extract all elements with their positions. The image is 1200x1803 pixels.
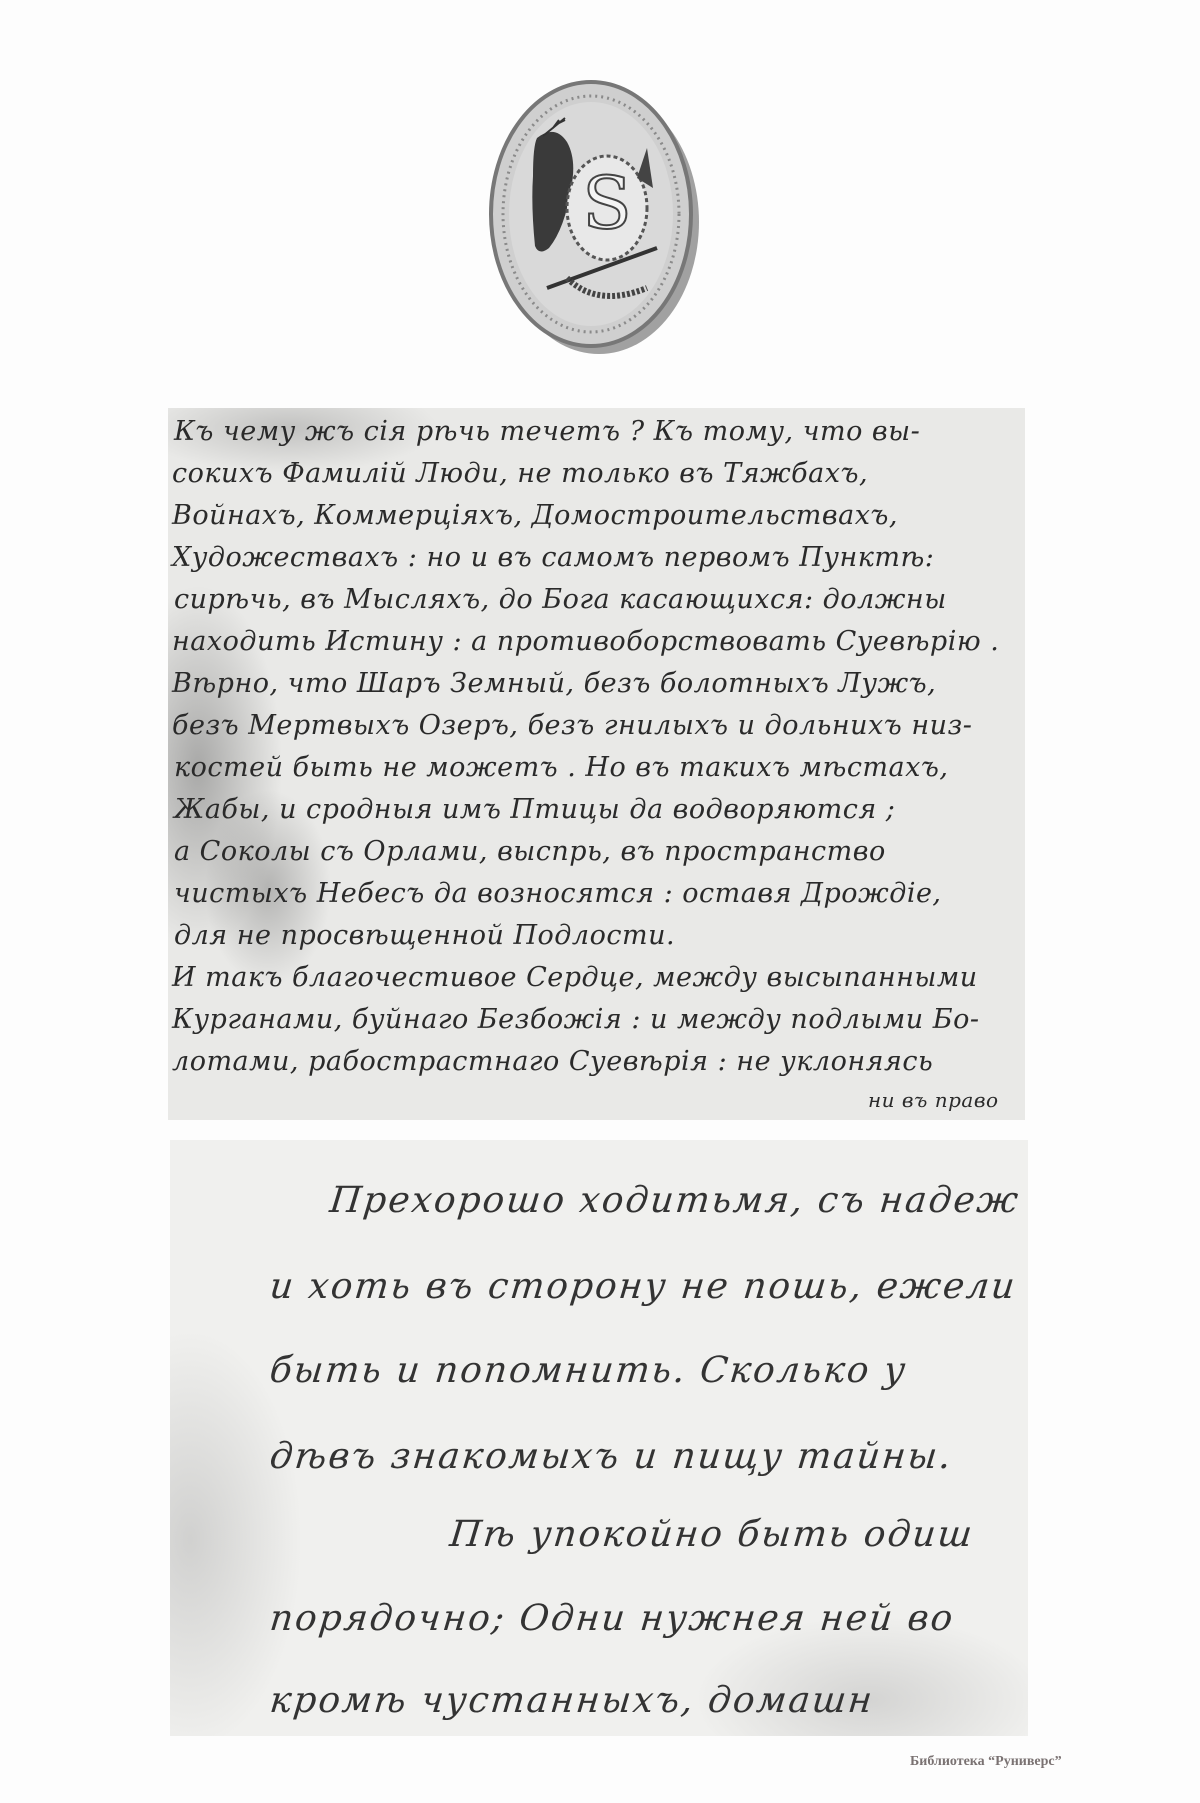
manuscript-line: и хоть въ сторону не пошь, ежели [268,1266,1019,1307]
manuscript-line-catchword: ни въ право [868,1088,999,1112]
manuscript-line: Прехорошо ходитьмя, съ надеж [328,1180,1022,1221]
seal-monogram: S [582,161,631,245]
library-credit: Библиотека “Руниверс” [910,1754,1062,1770]
manuscript-page-bottom: Прехорошо ходитьмя, съ надеж и хоть въ с… [170,1140,1028,1736]
manuscript-line: Войнахъ, Коммерціяхъ, Домостроительствах… [172,500,898,531]
manuscript-line: быть и попомнить. Сколько у [268,1350,909,1391]
manuscript-line: сокихъ Фамилій Люди, не только въ Тяжбах… [172,458,868,489]
manuscript-line: Пѣ упокойно быть одиш [448,1514,976,1555]
manuscript-line: Вѣрно, что Шаръ Земный, безъ болотныхъ Л… [172,668,936,699]
manuscript-line: чистыхъ Небесъ да возносятся : оставя Др… [174,878,942,909]
manuscript-line: а Соколы съ Орлами, выспрь, въ пространс… [174,836,886,867]
seal-image: S [487,78,703,358]
manuscript-line: сирѣчь, въ Мысляхъ, до Бога касающихся: … [174,584,947,615]
manuscript-line: лотами, рабострастнаго Суевѣрія : не укл… [172,1046,933,1077]
manuscript-line: Художествахъ : но и въ самомъ первомъ Пу… [172,542,934,573]
manuscript-line: костей быть не можетъ . Но въ такихъ мѣс… [174,752,948,783]
manuscript-line: безъ Мертвыхъ Озеръ, безъ гнилыхъ и доль… [172,710,972,741]
manuscript-page-top: Къ чему жъ сія рѣчь течетъ ? Къ тому, чт… [168,408,1025,1120]
manuscript-line: Курганами, буйнаго Безбожія : и между по… [172,1004,979,1035]
manuscript-line: находить Истину : а противоборствовать С… [172,626,999,657]
manuscript-line: дѣвъ знакомыхъ и пищу тайны. [268,1436,955,1477]
manuscript-line: кромѣ чустанныхъ, домашн [268,1680,876,1721]
manuscript-line: И такъ благочестивое Сердце, между высып… [172,962,978,993]
manuscript-line: Къ чему жъ сія рѣчь течетъ ? Къ тому, чт… [174,416,920,447]
manuscript-line: для не просвѣщенной Подлости. [174,920,675,951]
manuscript-line: Жабы, и сродныя имъ Птицы да водворяются… [174,794,895,825]
manuscript-line: порядочно; Одни нужнея ней во [268,1598,957,1639]
